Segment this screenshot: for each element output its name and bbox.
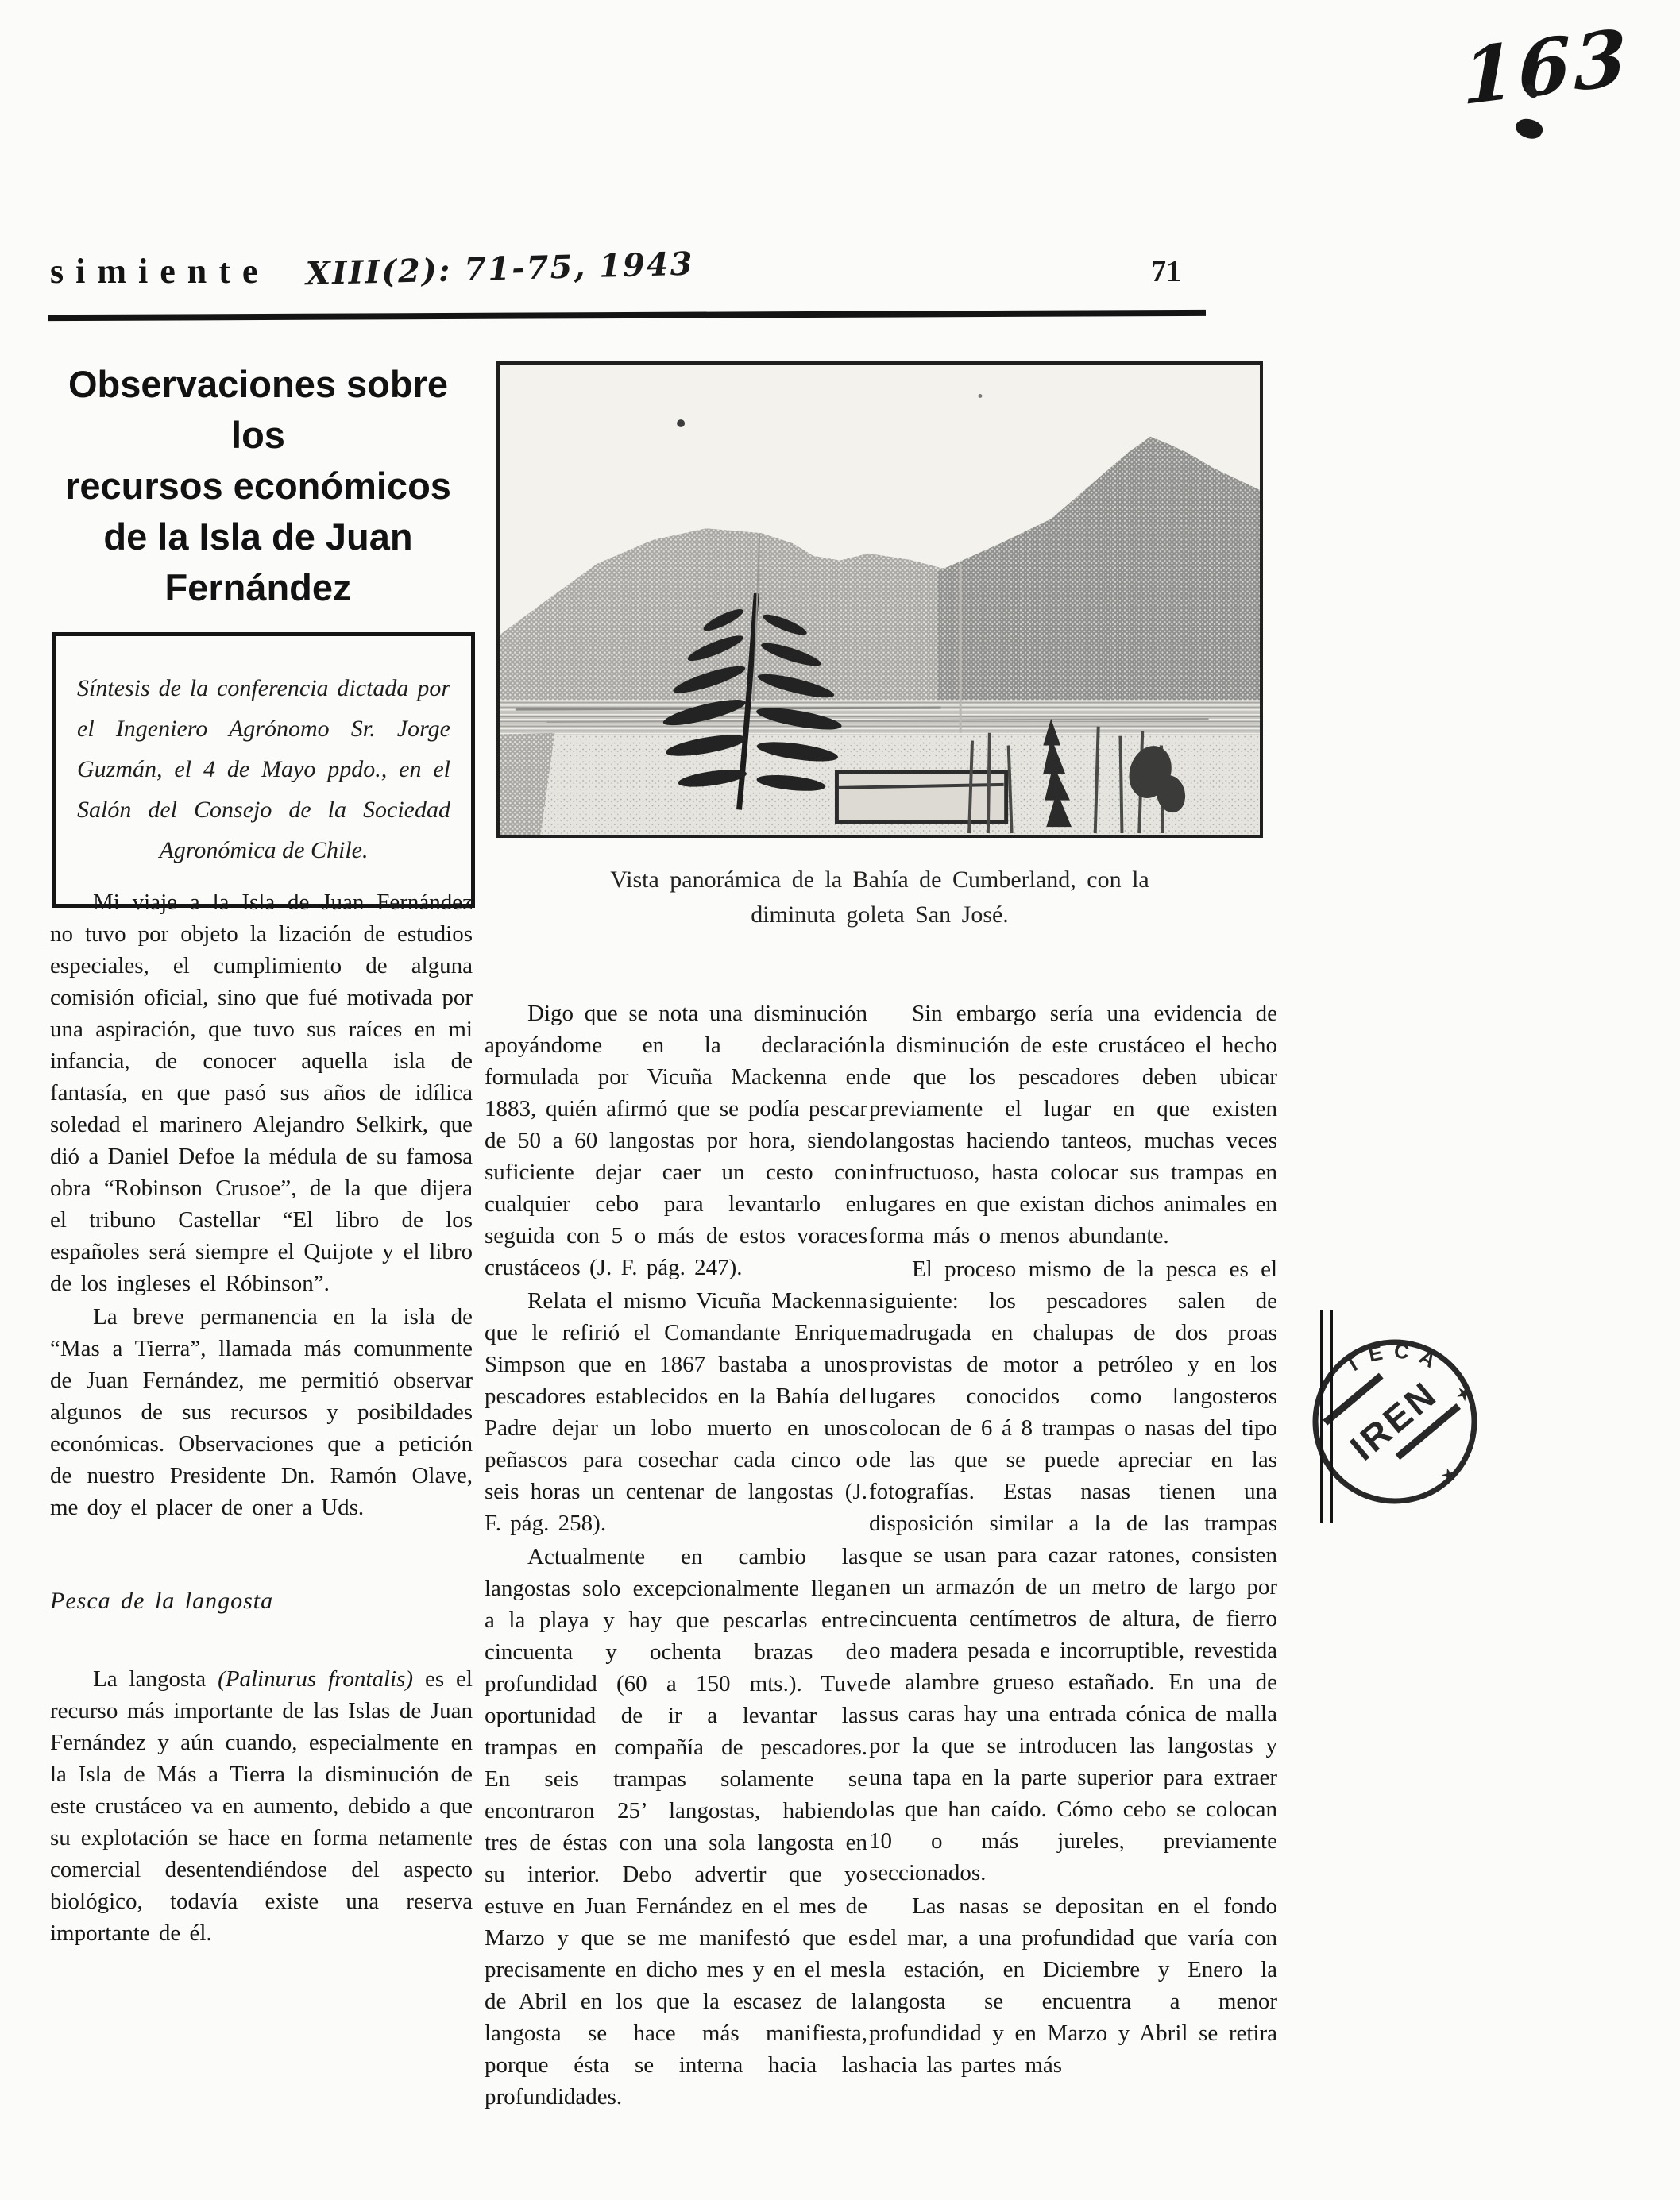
conference-note-text: Síntesis de la conferencia dictada por e…	[77, 668, 450, 870]
bay-photograph	[496, 361, 1263, 838]
paragraph: La breve permanencia en la isla de “Mas …	[50, 1301, 473, 1523]
library-stamp: IREN TECA ★ ★	[1301, 1328, 1489, 1515]
photo-caption-line1: Vista panorámica de la Bahía de Cumberla…	[496, 863, 1263, 897]
stamp-center-text: IREN	[1342, 1372, 1446, 1469]
paragraph-text: La langosta	[93, 1666, 218, 1692]
ink-smudge	[1513, 114, 1546, 143]
paragraph: Sin embargo sería una evidencia de la di…	[869, 998, 1277, 1252]
shore-structure	[836, 772, 1006, 822]
paragraph: Las nasas se depositan en el fondo del m…	[869, 1890, 1277, 2081]
body-column-2: Digo que se nota una disminución apoyánd…	[485, 998, 867, 2113]
paragraph: Relata el mismo Vicuña Mackenna que le r…	[485, 1285, 867, 1539]
body-column-3: Sin embargo sería una evidencia de la di…	[869, 998, 1277, 2081]
article-title: Observaciones sobre los recursos económi…	[48, 359, 469, 613]
photo-caption: Vista panorámica de la Bahía de Cumberla…	[496, 863, 1263, 932]
paragraph: La langosta (Palinurus frontalis) es el …	[50, 1663, 473, 1949]
paragraph: Actualmente en cambio las langostas solo…	[485, 1541, 867, 2113]
article-title-line: recursos económicos	[48, 461, 469, 511]
header-rule	[48, 310, 1206, 321]
journal-name: simiente	[50, 252, 269, 291]
paragraph: Digo que se nota una disminución apoyánd…	[485, 998, 867, 1283]
conference-note-box: Síntesis de la conferencia dictada por e…	[52, 632, 475, 908]
photo-caption-line2: diminuta goleta San José.	[496, 897, 1263, 932]
section-heading-pesca: Pesca de la langosta	[50, 1585, 473, 1617]
bay-photo-illustration	[500, 365, 1260, 835]
body-column-1: Mi viaje a la Isla de Juan Fernández no …	[50, 886, 473, 1949]
species-name: (Palinurus frontalis)	[218, 1666, 413, 1692]
page-number: 71	[1151, 254, 1181, 289]
article-title-line: de la Isla de Juan	[48, 511, 469, 562]
journal-masthead: simiente XIII(2): 71-75, 1943 71	[50, 251, 1203, 307]
handwritten-folio: 163	[1462, 12, 1631, 122]
handwritten-citation: XIII(2): 71-75, 1943	[306, 245, 695, 293]
folio-number: 163	[1462, 12, 1631, 122]
article-title-line: Fernández	[48, 562, 469, 613]
paragraph-text: es el recurso más importante de las Isla…	[50, 1666, 473, 1946]
article-title-line: Observaciones sobre los	[48, 359, 469, 461]
paragraph: Mi viaje a la Isla de Juan Fernández no …	[50, 886, 473, 1299]
library-stamp-graphic: IREN TECA ★ ★	[1301, 1328, 1489, 1515]
paragraph: El proceso mismo de la pesca es el sigui…	[869, 1253, 1277, 1889]
